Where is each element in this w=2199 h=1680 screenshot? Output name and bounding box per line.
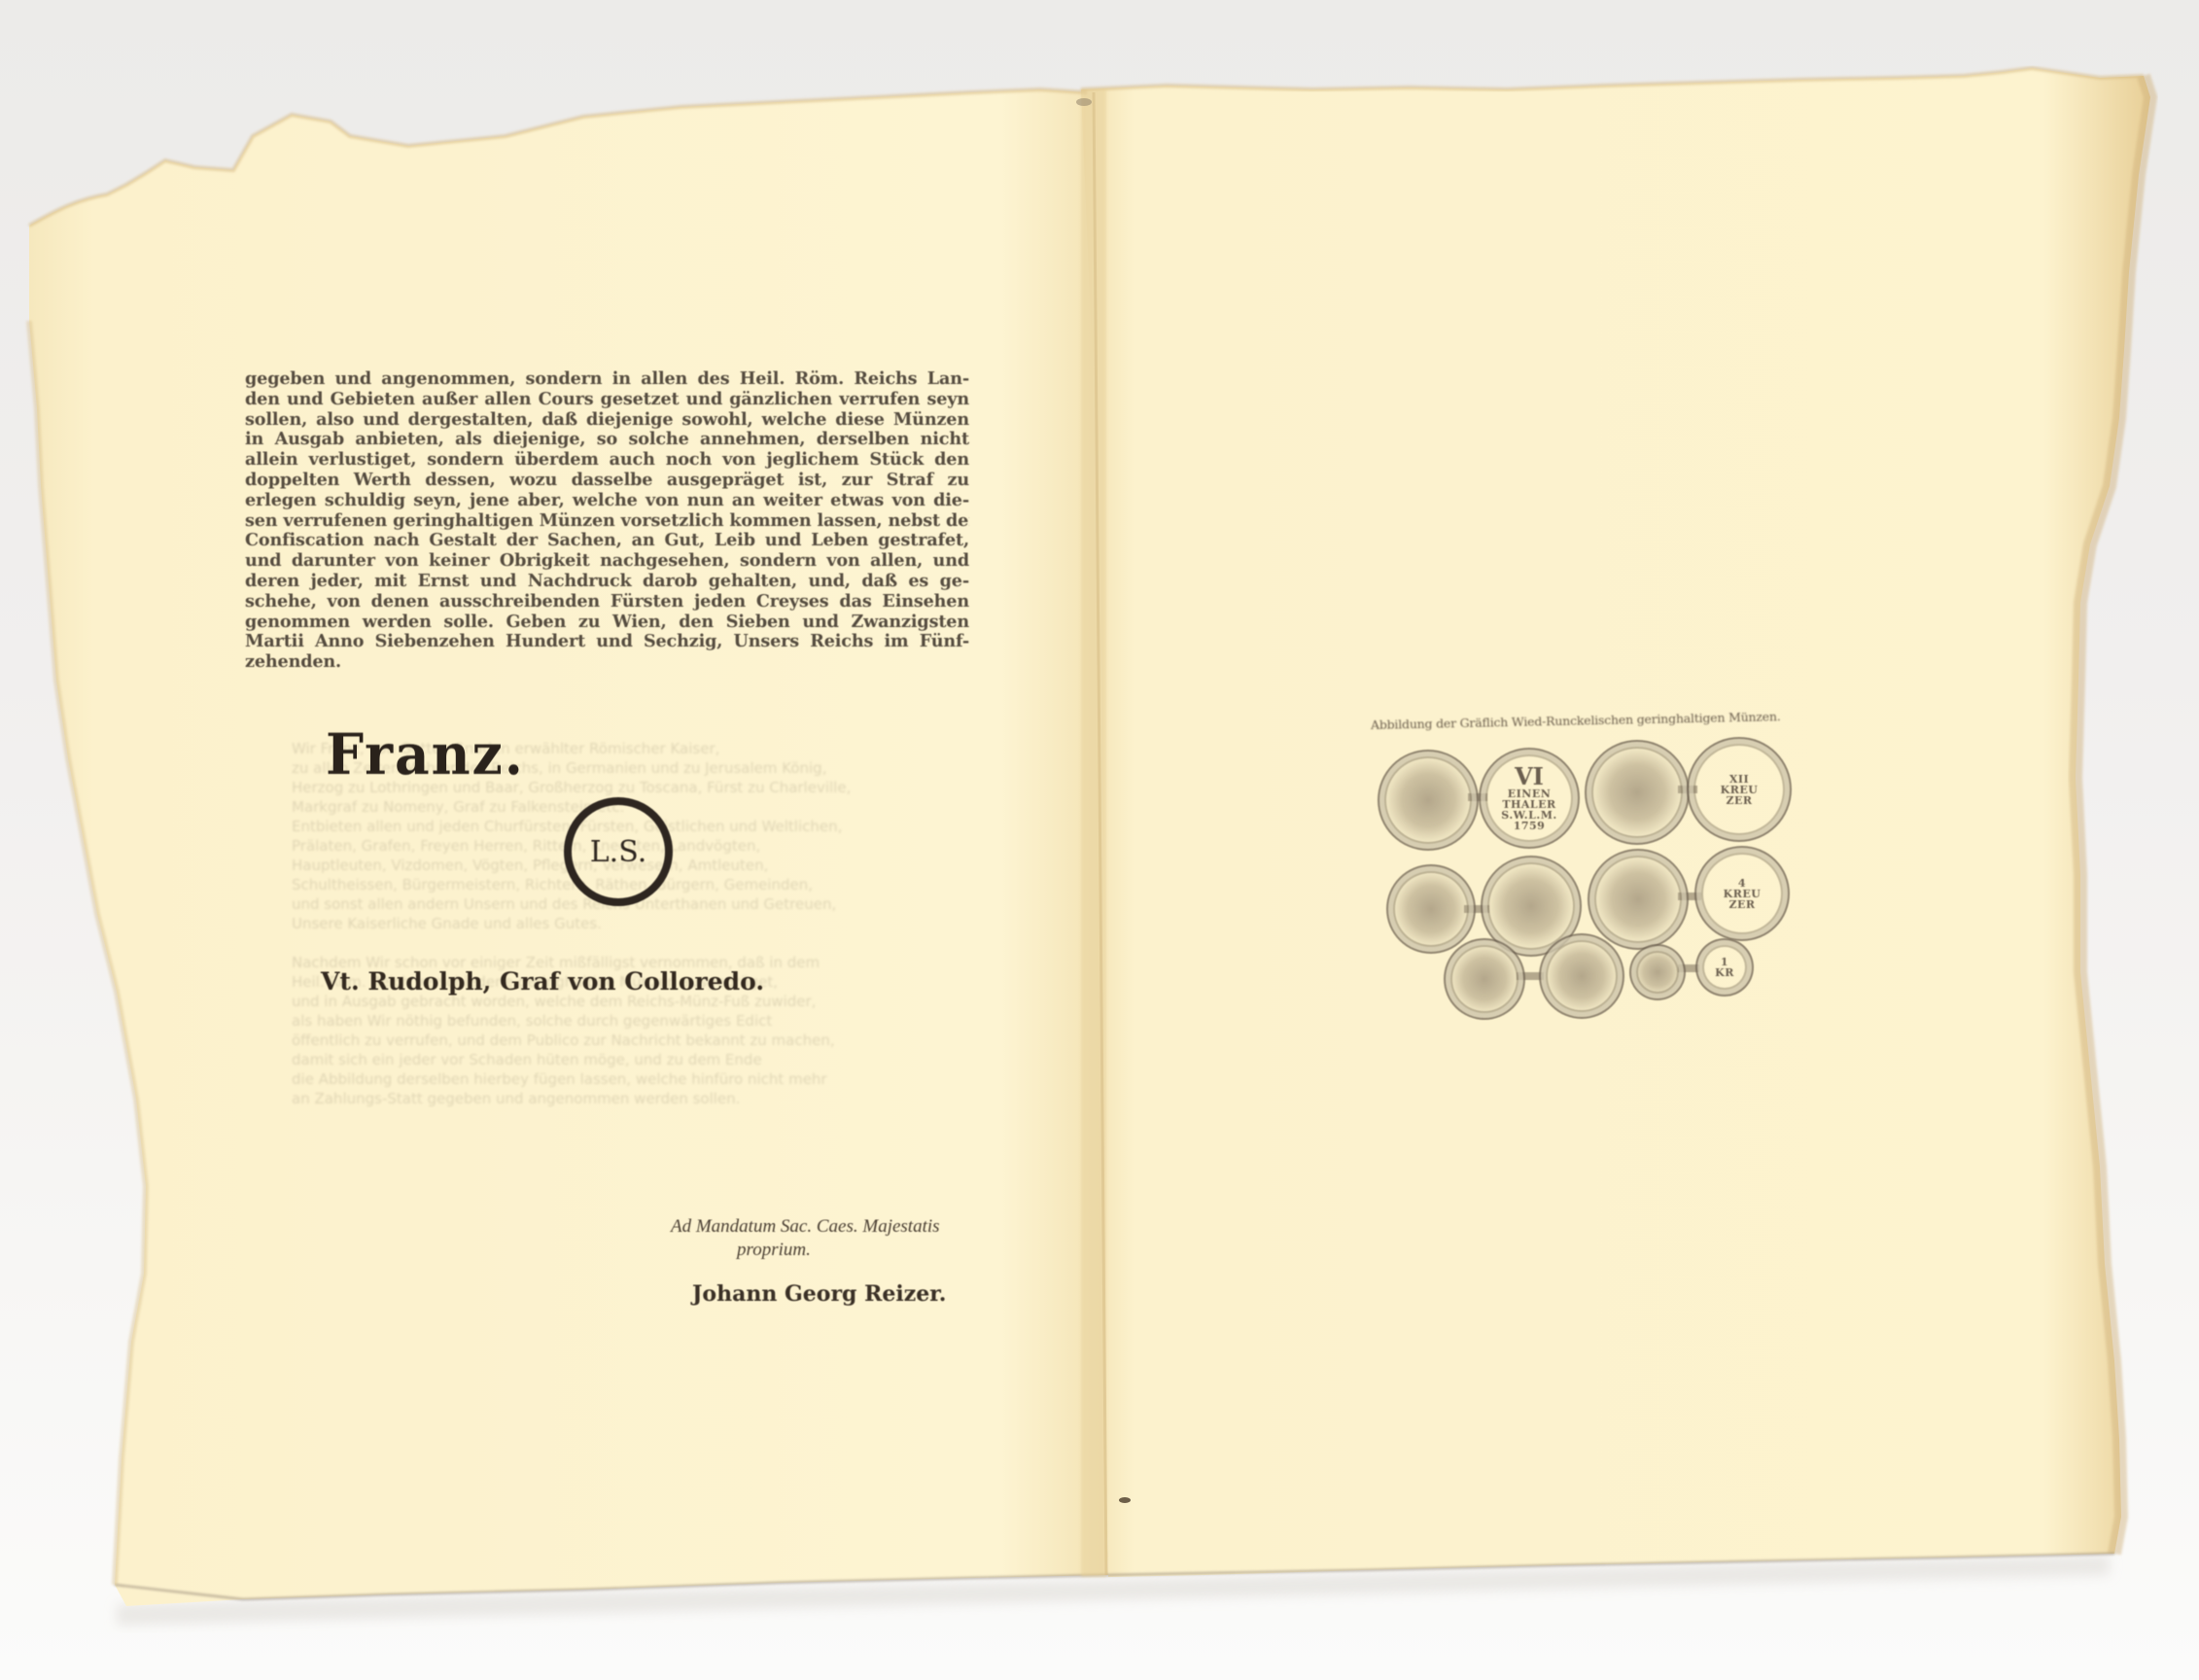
text-line: und darunter von keiner Obrigkeit nachge… xyxy=(245,551,969,572)
coin-value-4: 4 KREU ZER xyxy=(1694,846,1790,941)
text-line: gegeben und angenommen, sondern in allen… xyxy=(245,369,969,390)
coin-crowned-arms xyxy=(1585,740,1690,845)
text-line: Confiscation nach Gestalt der Sachen, an… xyxy=(245,531,969,551)
bleed-line: Markgraf zu Nomeny, Graf zu Falkenstein … xyxy=(292,797,851,817)
secretary-signature: Johann Georg Reizer. xyxy=(692,1281,946,1307)
document-photo: Wir Franz, von Gottes Gnaden erwählter R… xyxy=(0,0,2199,1680)
text-line: den und Gebieten außer allen Cours geset… xyxy=(245,390,969,410)
seal-label: L.S. xyxy=(590,835,646,869)
text-line: genommen werden solle. Geben zu Wien, de… xyxy=(245,612,969,633)
edict-body-text: gegeben und angenommen, sondern in allen… xyxy=(245,369,969,673)
mandate-formula: Ad Mandatum Sac. Caes. Majestatis propri… xyxy=(671,1215,962,1262)
text-line: Martii Anno Siebenzehen Hundert und Sech… xyxy=(245,632,969,652)
text-line: schehe, von denen ausschreibenden Fürste… xyxy=(245,592,969,612)
text-line: deren jeder, mit Ernst und Nachdruck dar… xyxy=(245,572,969,592)
bleed-through-text: Wir Franz, von Gottes Gnaden erwählter R… xyxy=(292,739,851,1108)
mandate-line-1: Ad Mandatum Sac. Caes. Majestatis xyxy=(671,1215,962,1239)
coin-portrait-bust xyxy=(1386,864,1476,954)
bleed-line: die Abbildung derselben hierbey fügen la… xyxy=(292,1069,851,1089)
text-line: erlegen schuldig seyn, jene aber, welche… xyxy=(245,491,969,511)
coin-crowned-arms-4 xyxy=(1539,933,1624,1019)
bleed-line: und sonst allen andern Unsern und des Re… xyxy=(292,894,851,914)
mandate-line-2: proprium. xyxy=(671,1239,962,1262)
text-line: sen verrufenen geringhaltigen Münzen vor… xyxy=(245,511,969,532)
gutter-fold xyxy=(1081,89,1106,1577)
imperial-signature: Franz. xyxy=(326,721,525,787)
bleed-line: damit sich ein jeder vor Schaden hüten m… xyxy=(292,1050,851,1069)
coin-small-value: 1 KR xyxy=(1695,938,1754,997)
bleed-line xyxy=(292,933,851,953)
text-line: allein verlustiget, sondern überdem auch… xyxy=(245,450,969,471)
text-line: sollen, also und dergestalten, daß dieje… xyxy=(245,410,969,431)
coin-value-xii: XII KREU ZER xyxy=(1687,737,1792,842)
coin-value-vi-thaler: VI EINEN THALER S.W.L.M. 1759 xyxy=(1479,748,1580,849)
text-line: in Ausgab anbieten, als diejenige, so so… xyxy=(245,430,969,450)
coin-portrait-bust-2 xyxy=(1444,938,1525,1020)
bleed-line: als haben Wir nöthig befunden, solche du… xyxy=(292,1011,851,1031)
seal-ls: L.S. xyxy=(564,797,673,906)
text-line: doppelten Werth dessen, wozu dasselbe au… xyxy=(245,471,969,491)
coin-crowned-arms-3 xyxy=(1588,849,1689,950)
coin-crowned-monogram xyxy=(1378,750,1479,851)
bleed-line: an Zahlungs-Statt gegeben und angenommen… xyxy=(292,1089,851,1108)
coin-small-portrait xyxy=(1629,944,1686,1000)
bleed-line: Unsere Kaiserliche Gnade und alles Gutes… xyxy=(292,914,851,933)
text-line: zehenden. xyxy=(245,652,969,673)
bleed-line: öffentlich zu verrufen, und dem Publico … xyxy=(292,1031,851,1050)
countersignature: Vt. Rudolph, Graf von Colloredo. xyxy=(321,967,764,996)
